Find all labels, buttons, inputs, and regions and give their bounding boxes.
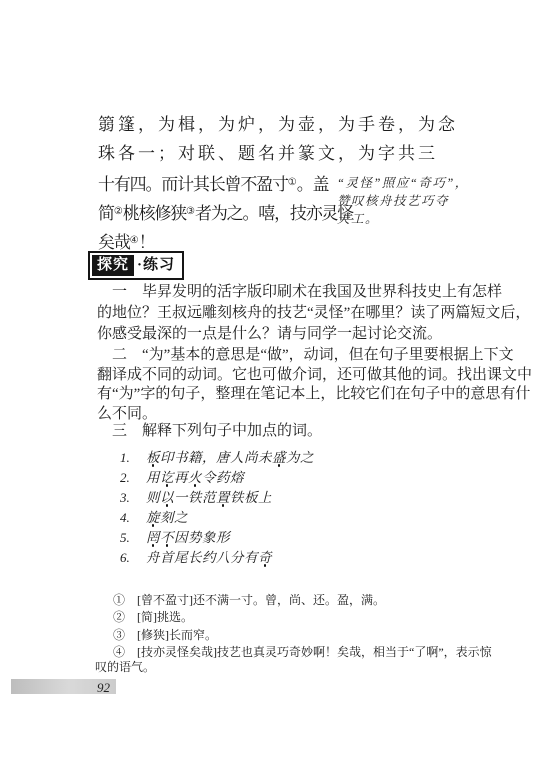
text-line: 3.则以一铁范置铁板上 [120,488,314,508]
text-line: ② [简]挑选。 [113,609,492,626]
text-line: 篛篷，为楫，为炉，为壶，为手卷，为念 [98,110,458,139]
text-line: 翻译成不同的动词。它也可做介词，还可做其他的词。找出课文中 [97,366,532,386]
text-line: 赞叹核舟技艺巧夺 [337,192,469,210]
textbook-page: 篛篷，为楫，为炉，为壶，为手卷，为念珠各一；对联、题名并篆文，为字共三十有四。而… [0,0,550,778]
text-line: 4.旋刻之 [120,508,314,528]
exercise-question-3: 三 解释下列句子中加点的词。 [97,422,322,442]
section-header-rest: ·练习 [134,255,180,276]
text-line: 的地位？王叔远雕刻核舟的技艺“灵怪”在哪里？读了两篇短文后， [97,303,530,324]
text-line: 2.用讫再火令药熔 [120,468,314,488]
text-line: 二 “为”基本的意思是“做”，动词，但在句子里要根据上下文 [97,346,532,366]
section-header-box: 探究 ·练习 [88,251,184,280]
text-line: ④ [技亦灵怪矣哉]技艺也真灵巧奇妙啊！矣哉，相当于“了啊”，表示惊 [113,644,492,661]
text-line: 珠各一；对联、题名并篆文，为字共三 [98,139,458,168]
text-line: ① [曾不盈寸]还不满一寸。曾，尚、还。盈，满。 [113,592,492,609]
text-line: 你感受最深的一点是什么？请与同学一起讨论交流。 [97,324,530,345]
text-line: 一 毕昇发明的活字版印刷术在我国及世界科技史上有怎样 [97,282,530,303]
text-line: 6.舟首尾长约八分有奇 [120,548,314,568]
text-line: ③ [修狭]长而窄。 [113,627,492,644]
text-line: “灵怪”照应“奇巧”， [337,174,469,192]
footnote-continuation: 叹的语气。 [95,659,155,676]
section-header-tab: 探究 [92,255,134,276]
text-line: 三 解释下列句子中加点的词。 [97,422,322,442]
exercise-question-2: 二 “为”基本的意思是“做”，动词，但在句子里要根据上下文翻译成不同的动词。它也… [97,346,532,424]
text-line: 天工。 [337,210,469,228]
text-line: 1.板印书籍，唐人尚未盛为之 [120,448,314,468]
exercise-sentence-list: 1.板印书籍，唐人尚未盛为之2.用讫再火令药熔3.则以一铁范置铁板上4.旋刻之5… [120,448,314,568]
margin-annotation: “灵怪”照应“奇巧”，赞叹核舟技艺巧夺天工。 [337,174,469,228]
text-line: 5.罔不因势象形 [120,528,314,548]
page-number-bar: 92 [11,679,116,694]
exercise-question-1: 一 毕昇发明的活字版印刷术在我国及世界科技史上有怎样的地位？王叔远雕刻核舟的技艺… [97,282,530,345]
page-number: 92 [97,680,110,695]
text-line: 有“为”字的句子，整理在笔记本上，比较它们在句子中的意思有什 [97,385,532,405]
footnotes: ① [曾不盈寸]还不满一寸。曾，尚、还。盈，满。② [简]挑选。③ [修狭]长而… [113,592,492,661]
